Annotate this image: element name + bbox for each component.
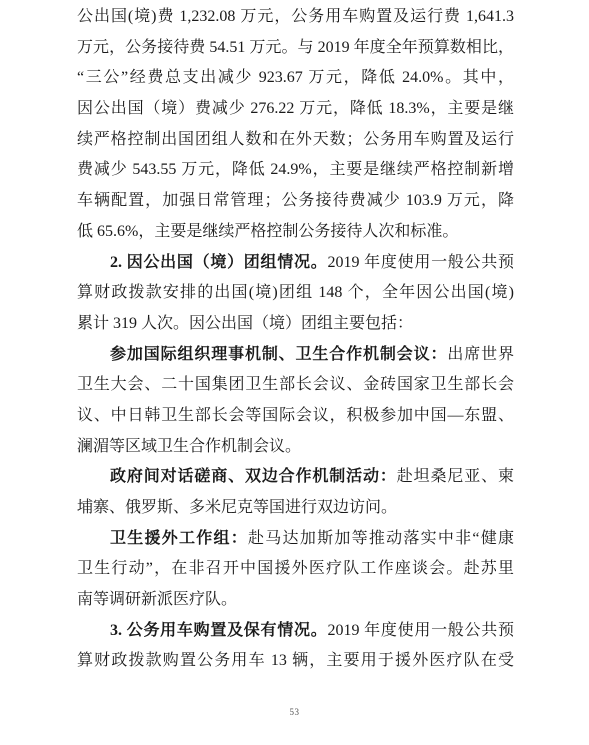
line-text: 埔寨、俄罗斯、多米尼克等国进行双边访问。	[77, 499, 397, 516]
line-text: 南等调研新派医疗队。	[77, 591, 237, 608]
line-text: “三公”经费总支出减少 923.67 万元，降低 24.0%。其中，	[77, 69, 514, 86]
page-number: 53	[0, 707, 589, 717]
text-line: 卫生行动”，在非召开中国援外医疗队工作座谈会。赴苏里	[77, 554, 514, 585]
text-line: 参加国际组织理事机制、卫生合作机制会议：出席世界	[77, 340, 514, 371]
line-text: 费减少 543.55 万元，降低 24.9%，主要是继续严格控制新增	[77, 161, 514, 178]
text-line: 费减少 543.55 万元，降低 24.9%，主要是继续严格控制新增	[77, 155, 514, 186]
text-line: 续严格控制出国团组人数和在外天数；公务用车购置及运行	[77, 125, 514, 156]
line-text: 赴马达加斯加等推动落实中非“健康	[248, 530, 514, 547]
text-line: 因公出国（境）费减少 276.22 万元，降低 18.3%，主要是继	[77, 94, 514, 125]
line-text: 出席世界	[447, 346, 514, 363]
line-text: 车辆配置，加强日常管理；公务接待费减少 103.9 万元，降	[77, 192, 514, 209]
paragraph-lead: 2. 因公出国（境）团组情况。	[110, 254, 327, 271]
text-line: 南等调研新派医疗队。	[77, 585, 514, 616]
text-line: 2. 因公出国（境）团组情况。2019 年度使用一般公共预	[77, 248, 514, 279]
line-text: 续严格控制出国团组人数和在外天数；公务用车购置及运行	[77, 131, 514, 148]
text-line: 累计 319 人次。因公出国（境）团组主要包括：	[77, 309, 514, 340]
paragraph-medical-aid-workgroups: 卫生援外工作组：赴马达加斯加等推动落实中非“健康 卫生行动”，在非召开中国援外医…	[77, 524, 514, 616]
line-text: 2019 年度使用一般公共预	[327, 254, 514, 271]
text-line: 卫生大会、二十国集团卫生部长会议、金砖国家卫生部长会	[77, 370, 514, 401]
text-line: 算财政拨款安排的出国(境)团组 148 个，全年因公出国(境)	[77, 278, 514, 309]
line-text: 累计 319 人次。因公出国（境）团组主要包括：	[77, 315, 413, 332]
paragraph-overseas-delegations: 2. 因公出国（境）团组情况。2019 年度使用一般公共预 算财政拨款安排的出国…	[77, 248, 514, 340]
text-line: 车辆配置，加强日常管理；公务接待费减少 103.9 万元，降	[77, 186, 514, 217]
paragraph-lead: 政府间对话磋商、双边合作机制活动：	[110, 468, 397, 485]
paragraph-lead: 卫生援外工作组：	[110, 530, 248, 547]
paragraph-official-vehicles: 3. 公务用车购置及保有情况。2019 年度使用一般公共预 算财政拨款购置公务用…	[77, 616, 514, 677]
text-line: 议、中日韩卫生部长会等国际会议，积极参加中国—东盟、	[77, 401, 514, 432]
line-text: 澜湄等区域卫生合作机制会议。	[77, 438, 301, 455]
text-line: 政府间对话磋商、双边合作机制活动：赴坦桑尼亚、柬	[77, 462, 514, 493]
text-line: 3. 公务用车购置及保有情况。2019 年度使用一般公共预	[77, 616, 514, 647]
paragraph-lead: 参加国际组织理事机制、卫生合作机制会议：	[110, 346, 447, 363]
document-body: 公出国(境)费 1,232.08 万元，公务用车购置及运行费 1,641.3 万…	[77, 2, 514, 677]
line-text: 赴坦桑尼亚、柬	[397, 468, 514, 485]
line-text: 卫生行动”，在非召开中国援外医疗队工作座谈会。赴苏里	[77, 560, 514, 577]
line-text: 因公出国（境）费减少 276.22 万元，降低 18.3%，主要是继	[77, 100, 514, 117]
text-line: 算财政拨款购置公务用车 13 辆，主要用于援外医疗队在受	[77, 646, 514, 677]
line-text: 低 65.6%，主要是继续严格控制公务接待人次和标准。	[77, 223, 458, 240]
document-page: 公出国(境)费 1,232.08 万元，公务用车购置及运行费 1,641.3 万…	[0, 0, 589, 745]
paragraph-bilateral-activities: 政府间对话磋商、双边合作机制活动：赴坦桑尼亚、柬 埔寨、俄罗斯、多米尼克等国进行…	[77, 462, 514, 523]
line-text: 议、中日韩卫生部长会等国际会议，积极参加中国—东盟、	[77, 407, 514, 424]
paragraph-international-meetings: 参加国际组织理事机制、卫生合作机制会议：出席世界 卫生大会、二十国集团卫生部长会…	[77, 340, 514, 463]
text-line: 澜湄等区域卫生合作机制会议。	[77, 432, 514, 463]
line-text: 公出国(境)费 1,232.08 万元，公务用车购置及运行费 1,641.3	[77, 8, 514, 25]
line-text: 卫生大会、二十国集团卫生部长会议、金砖国家卫生部长会	[77, 376, 514, 393]
text-line: 卫生援外工作组：赴马达加斯加等推动落实中非“健康	[77, 524, 514, 555]
text-line: “三公”经费总支出减少 923.67 万元，降低 24.0%。其中，	[77, 63, 514, 94]
text-line: 埔寨、俄罗斯、多米尼克等国进行双边访问。	[77, 493, 514, 524]
text-line: 万元，公务接待费 54.51 万元。与 2019 年度全年预算数相比，	[77, 33, 514, 64]
text-line: 低 65.6%，主要是继续严格控制公务接待人次和标准。	[77, 217, 514, 248]
text-line: 公出国(境)费 1,232.08 万元，公务用车购置及运行费 1,641.3	[77, 2, 514, 33]
line-text: 万元，公务接待费 54.51 万元。与 2019 年度全年预算数相比，	[77, 39, 514, 56]
paragraph-lead: 3. 公务用车购置及保有情况。	[110, 622, 327, 639]
line-text: 算财政拨款购置公务用车 13 辆，主要用于援外医疗队在受	[77, 652, 514, 669]
line-text: 算财政拨款安排的出国(境)团组 148 个，全年因公出国(境)	[77, 284, 514, 301]
paragraph-three-public-expenses-summary: 公出国(境)费 1,232.08 万元，公务用车购置及运行费 1,641.3 万…	[77, 2, 514, 248]
line-text: 2019 年度使用一般公共预	[327, 622, 514, 639]
